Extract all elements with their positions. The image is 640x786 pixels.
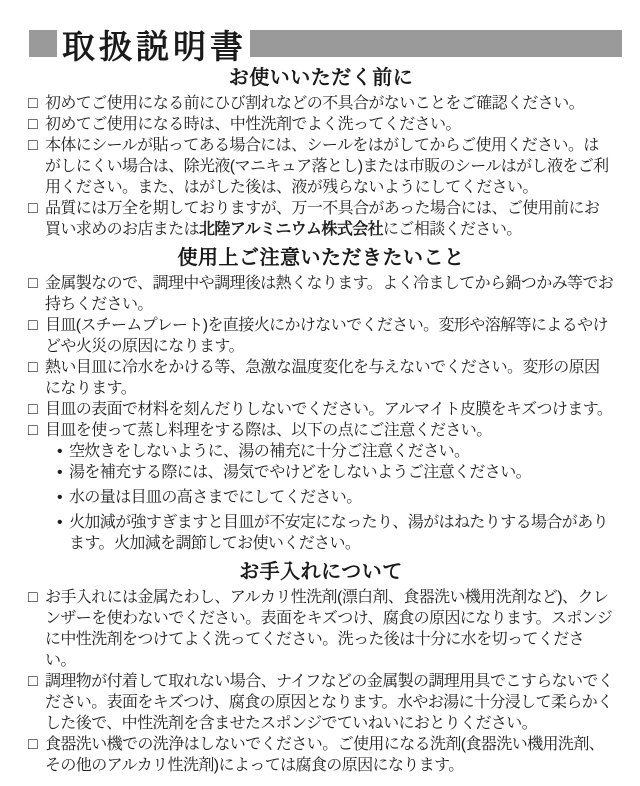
checkbox-glyph: □: [28, 587, 37, 608]
item-text: 食器洗い機での洗浄はしないでください。ご使用になる洗剤(食器洗い機用洗剤、その他…: [45, 736, 604, 774]
list-item: □金属製なので、調理中や調理後は熱くなります。よく冷ましてから鍋つかみ等でお持ち…: [28, 273, 614, 315]
section-care: お手入れについて □お手入れには金属たわし、アルカリ性洗剤(漂白剤、食器洗い機用…: [28, 560, 614, 776]
list-item: □目皿の表面で材料を刻んだりしないでください。アルマイト皮膜をキズつけます。: [28, 399, 614, 420]
list-item: □初めてご使用になる前にひび割れなどの不具合がないことをご確認ください。: [28, 93, 614, 114]
list-item: □品質には万全を期しておりますが、万一不具合があった場合には、ご使用前にお買い求…: [28, 198, 614, 240]
checkbox-glyph: □: [28, 357, 37, 378]
page-title: 取扱説明書: [62, 29, 247, 65]
checkbox-glyph: □: [28, 315, 37, 336]
header-accent-square: [29, 30, 57, 57]
item-text: 調理物が付着して取れない場合、ナイフなどの金属製の調理用具でこすらないでください…: [45, 673, 613, 732]
item-text: 本体にシールが貼ってある場合には、シールをはがしてからご使用ください。はがしにく…: [45, 137, 609, 196]
list-item: □食器洗い機での洗浄はしないでください。ご使用になる洗剤(食器洗い機用洗剤、その…: [28, 734, 614, 776]
list-item: □熱い目皿に冷水をかける等、急激な温度変化を与えないでください。変形の原因になり…: [28, 357, 614, 399]
checkbox-glyph: □: [28, 671, 37, 692]
item-text: 目皿(スチームプレート)を直接火にかけないでください。変形や溶解等によるやけどや…: [45, 317, 608, 355]
section-before-use: お使いいただく前に □初めてご使用になる前にひび割れなどの不具合がないことをご確…: [28, 66, 614, 240]
list-item: □目皿(スチームプレート)を直接火にかけないでください。変形や溶解等によるやけど…: [28, 315, 614, 357]
header-accent-bar: [250, 30, 622, 57]
company-name: 北陸アルミニウム株式会社: [199, 221, 383, 238]
checkbox-glyph: □: [28, 273, 37, 294]
bullet-glyph: •: [57, 441, 62, 462]
bullet-item: •湯を補充する際には、湯気でやけどをしないようご注意ください。: [57, 462, 614, 483]
section-heading: 使用上ご注意いただきたいこと: [28, 246, 614, 270]
bullet-item: •水の量は目皿の高さまでにしてください。: [57, 487, 614, 508]
bullet-glyph: •: [57, 462, 62, 483]
section-heading: お手入れについて: [28, 560, 614, 584]
manual-page: 取扱説明書 お使いいただく前に □初めてご使用になる前にひび割れなどの不具合がな…: [0, 0, 640, 786]
item-text: 水の量は目皿の高さまでにしてください。: [69, 489, 362, 506]
section-heading: お使いいただく前に: [28, 66, 614, 90]
manual-header: 取扱説明書: [0, 0, 640, 66]
section-usage-cautions: 使用上ご注意いただきたいこと □金属製なので、調理中や調理後は熱くなります。よく…: [28, 246, 614, 554]
item-text: にご相談ください。: [383, 221, 522, 238]
checkbox-glyph: □: [28, 399, 37, 420]
checkbox-glyph: □: [28, 420, 37, 441]
checkbox-glyph: □: [28, 135, 37, 156]
list-item: □初めてご使用になる時は、中性洗剤でよく洗ってください。: [28, 114, 614, 135]
item-text: 目皿の表面で材料を刻んだりしないでください。アルマイト皮膜をキズつけます。: [45, 401, 612, 418]
bullet-glyph: •: [57, 512, 62, 533]
item-text: 初めてご使用になる時は、中性洗剤でよく洗ってください。: [45, 116, 461, 133]
item-text: 初めてご使用になる前にひび割れなどの不具合がないことをご確認ください。: [45, 95, 584, 112]
manual-content: お使いいただく前に □初めてご使用になる前にひび割れなどの不具合がないことをご確…: [28, 66, 614, 776]
bullet-item: •空炊きをしないように、湯の補充に十分ご注意ください。: [57, 441, 614, 462]
list-item: □本体にシールが貼ってある場合には、シールをはがしてからご使用ください。はがしに…: [28, 135, 614, 198]
item-text: 金属製なので、調理中や調理後は熱くなります。よく冷ましてから鍋つかみ等でお持ちく…: [45, 275, 613, 313]
item-text: 空炊きをしないように、湯の補充に十分ご注意ください。: [69, 443, 469, 460]
item-text: 目皿を使って蒸し料理をする際は、以下の点にご注意ください。: [45, 422, 492, 439]
checkbox-glyph: □: [28, 114, 37, 135]
list-item: □調理物が付着して取れない場合、ナイフなどの金属製の調理用具でこすらないでくださ…: [28, 671, 614, 734]
checkbox-glyph: □: [28, 93, 37, 114]
bullet-item: •火加減が強すぎますと目皿が不安定になったり、湯がはねたりする場合があります。火…: [57, 512, 614, 554]
item-text: 火加減が強すぎますと目皿が不安定になったり、湯がはねたりする場合があります。火加…: [69, 514, 608, 552]
item-text: 熱い目皿に冷水をかける等、急激な温度変化を与えないでください。変形の原因になりま…: [45, 359, 599, 397]
item-text: 湯を補充する際には、湯気でやけどをしないようご注意ください。: [69, 464, 531, 481]
checkbox-glyph: □: [28, 198, 37, 219]
list-item: □お手入れには金属たわし、アルカリ性洗剤(漂白剤、食器洗い機用洗剤など)、クレン…: [28, 587, 614, 671]
checkbox-glyph: □: [28, 734, 37, 755]
bullet-glyph: •: [57, 487, 62, 508]
list-item: □目皿を使って蒸し料理をする際は、以下の点にご注意ください。: [28, 420, 614, 441]
item-text: お手入れには金属たわし、アルカリ性洗剤(漂白剤、食器洗い機用洗剤など)、クレンザ…: [45, 589, 612, 669]
